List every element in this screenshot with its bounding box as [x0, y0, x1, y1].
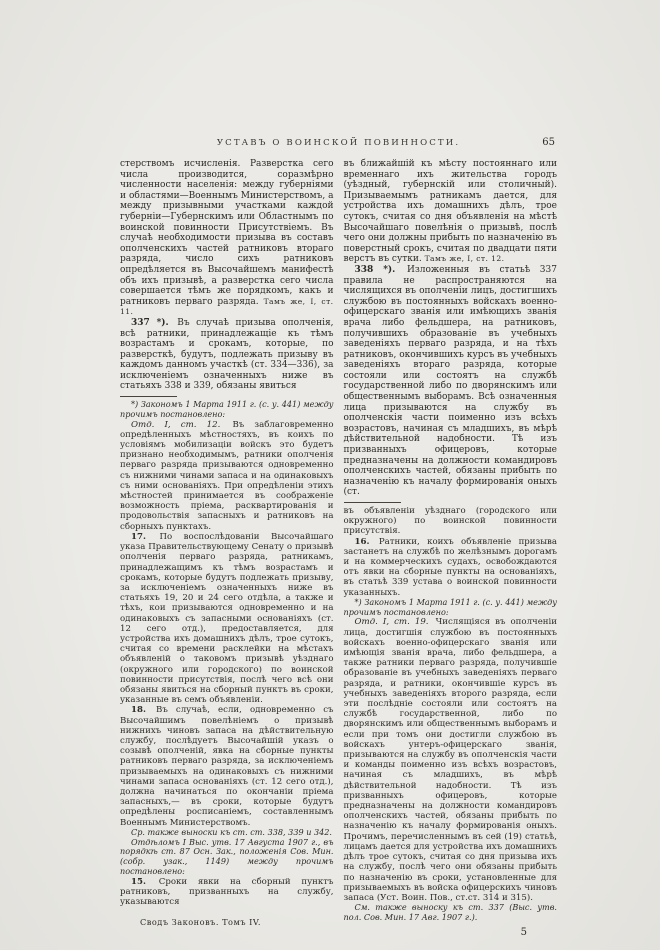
page-content: УСТАВЪ О ВОИНСКОЙ ПОВИННОСТИ. 65 стерств…: [120, 138, 557, 938]
paragraph-continuation: стерствомъ исчисленія. Разверстка сего ч…: [120, 159, 334, 318]
footnote-text: См. также выноску къ ст. 337 (Выс. утв. …: [344, 902, 558, 922]
paragraph-continuation: въ ближайшій къ мѣсту постояннаго или вр…: [344, 159, 558, 265]
footnote-text: Ратники, коихъ объявленіе призыва застан…: [344, 537, 558, 598]
footnote-section-18: 18. Въ случаѣ, если, одновременно съ Выс…: [120, 705, 334, 827]
footnote-section-15: 15. Сроки явки на сборный пунктъ ратнико…: [120, 877, 334, 908]
enactment-note: Отдѣломъ I Выс. утв. 17 Августа 1907 г.,…: [120, 838, 334, 877]
footnote-text: Въ случаѣ, если, одновременно съ Высочай…: [120, 705, 334, 827]
footnote-text: По воспослѣдованіи Высочайшаго указа Пра…: [120, 532, 334, 705]
section-label: Отд. I, ст. 12.: [131, 420, 220, 430]
paragraph-text: стерствомъ исчисленія. Разверстка сего ч…: [120, 159, 334, 307]
section-label: Отд. I, ст. 19.: [355, 617, 429, 627]
article-338-paragraph: 338 *). Изложенныя въ статьѣ 337 правила…: [344, 265, 558, 498]
volume-imprint: Сводъ Законовъ. Томъ IV.: [120, 917, 334, 927]
footnote-law-reference: *) Закономъ 1 Марта 1911 г. (с. у. 441) …: [120, 400, 334, 420]
section-number: 16.: [355, 537, 370, 547]
left-column: стерствомъ исчисленія. Разверстка сего ч…: [120, 159, 334, 938]
paragraph-text: въ ближайшій къ мѣсту постояннаго или вр…: [344, 159, 558, 264]
source-citation: Тамъ же, I, ст. 12.: [425, 254, 505, 263]
section-number: 17.: [131, 532, 146, 542]
footnote-text: Ср. также выноски къ ст. ст. 338, 339 и …: [131, 827, 332, 837]
footnote-section-16: 16. Ратники, коихъ объявленіе призыва за…: [344, 537, 558, 598]
article-number: 338 *).: [355, 265, 396, 275]
page-number: 65: [542, 137, 555, 148]
article-text: Изложенныя въ статьѣ 337 правила не расп…: [344, 265, 558, 497]
footnote-separator: [344, 502, 401, 503]
scanned-book-page: УСТАВЪ О ВОИНСКОЙ ПОВИННОСТИ. 65 стерств…: [0, 0, 660, 950]
page-header: УСТАВЪ О ВОИНСКОЙ ПОВИННОСТИ. 65: [120, 138, 557, 156]
footnote-text: Сроки явки на сборный пунктъ ратниковъ, …: [120, 877, 334, 907]
footnote-text: *) Закономъ 1 Марта 1911 г. (с. у. 441) …: [120, 399, 334, 419]
running-title: УСТАВЪ О ВОИНСКОЙ ПОВИННОСТИ.: [120, 138, 557, 148]
footnote-text: Числящіяся въ ополченіи лица, достигшія …: [344, 617, 558, 902]
footnote-separator: [120, 396, 177, 397]
two-column-text: стерствомъ исчисленія. Разверстка сего ч…: [120, 159, 557, 938]
article-337-paragraph: 337 *). Въ случаѣ призыва ополченія, всѣ…: [120, 318, 334, 392]
footnote-text: въ объявленіи уѣзднаго (городского или о…: [344, 506, 558, 536]
footnote-text: Отдѣломъ I Выс. утв. 17 Августа 1907 г.,…: [120, 837, 334, 876]
footnote-continuation: въ объявленіи уѣзднаго (городского или о…: [344, 506, 558, 537]
gathering-signature-number: 5: [344, 927, 558, 938]
article-number: 337 *).: [131, 318, 169, 328]
cross-reference-note: См. также выноску къ ст. 337 (Выс. утв. …: [344, 903, 558, 923]
footnote-text: Въ заблаговременно опредѣленныхъ мѣстнос…: [120, 420, 334, 532]
footnote-law-reference: *) Закономъ 1 Марта 1911 г. (с. у. 441) …: [344, 598, 558, 618]
footnote-section-19: Отд. I, ст. 19. Числящіяся въ ополченіи …: [344, 617, 558, 903]
footnote-section-17: 17. По воспослѣдованіи Высочайшаго указа…: [120, 532, 334, 705]
section-number: 15.: [131, 877, 146, 887]
footnote-text: *) Закономъ 1 Марта 1911 г. (с. у. 441) …: [344, 597, 558, 617]
section-number: 18.: [131, 705, 146, 715]
right-column: въ ближайшій къ мѣсту постояннаго или вр…: [344, 159, 558, 938]
article-text: Въ случаѣ призыва ополченія, всѣ ратники…: [120, 318, 334, 392]
footnote-section-12: Отд. I, ст. 12. Въ заблаговременно опред…: [120, 420, 334, 532]
